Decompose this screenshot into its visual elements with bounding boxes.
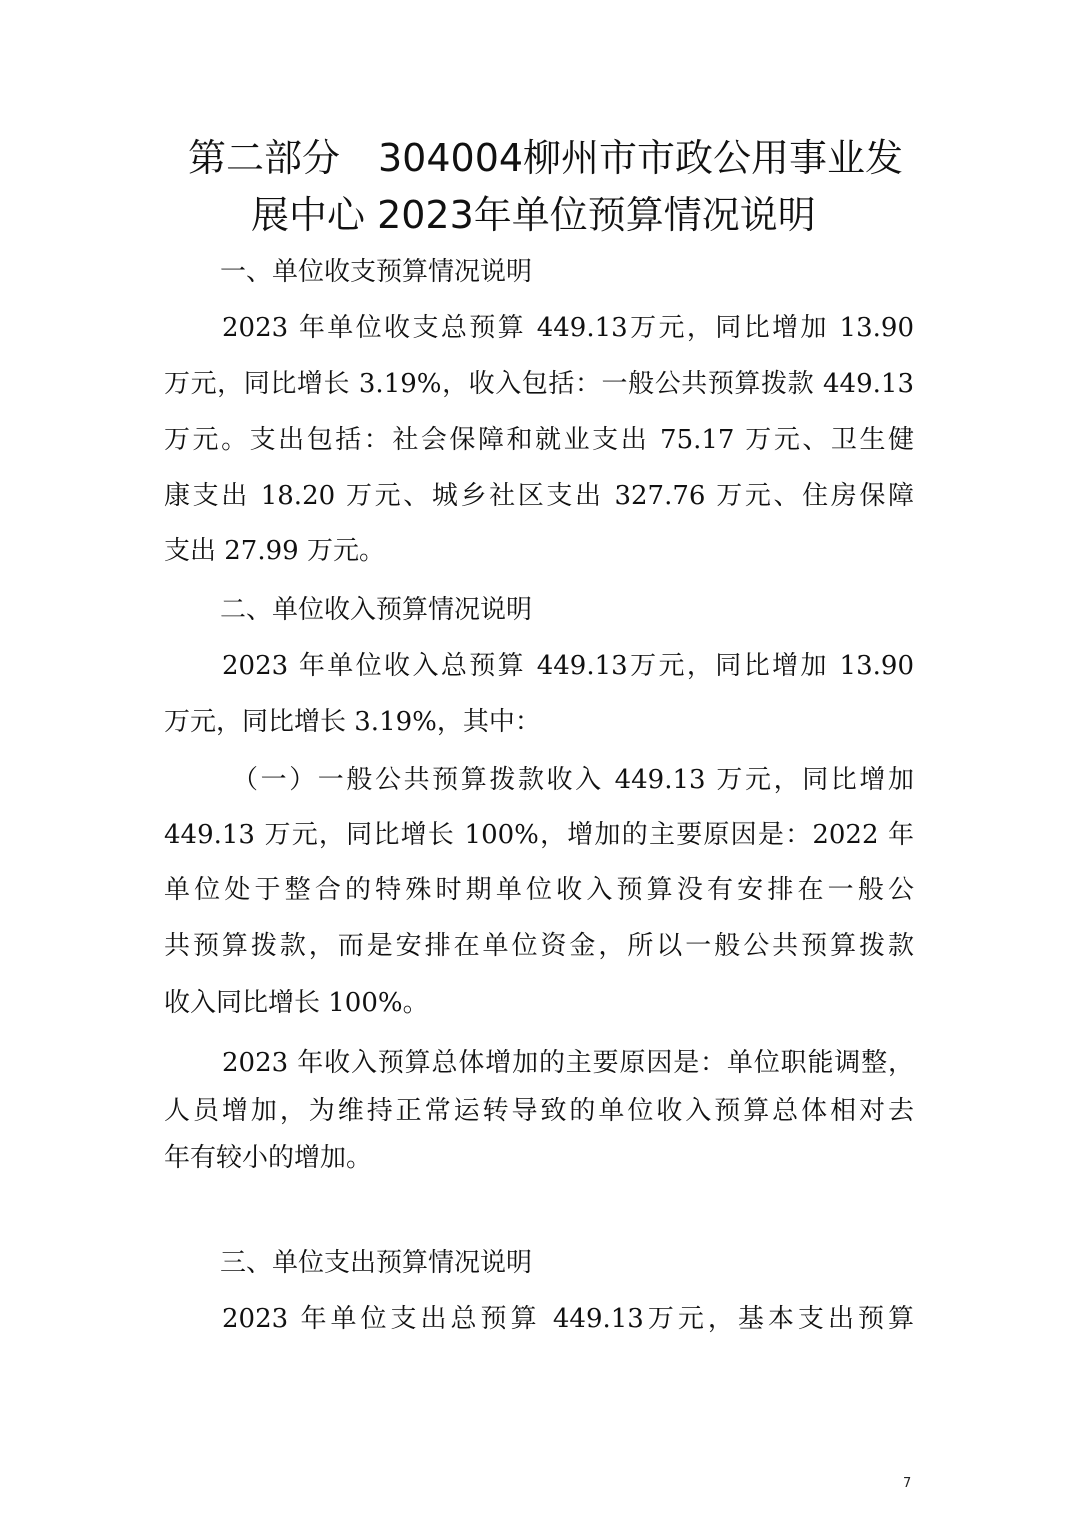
section-3-heading: 三、单位支出预算情况说明 <box>220 1243 532 1283</box>
section-1-heading: 一、单位收支预算情况说明 <box>220 252 532 292</box>
section-2-item-1-line: 449.13 万元，同比增长 100%，增加的主要原因是：2022 年 <box>164 815 914 855</box>
document-page: 第二部分 304004柳州市市政公用事业发 展中心 2023年单位预算情况说明 … <box>0 0 1075 1520</box>
section-2-intro-line: 万元，同比增长 3.19%，其中： <box>164 702 541 742</box>
section-3-paragraph-line: 2023 年单位支出总预算 449.13万元，基本支出预算 <box>222 1299 914 1339</box>
section-2-reason-line: 2023 年收入预算总体增加的主要原因是：单位职能调整， <box>222 1043 914 1083</box>
page-number: 7 <box>903 1476 911 1492</box>
section-2-item-1-line: （一）一般公共预算拨款收入 449.13 万元，同比增加 <box>232 760 914 800</box>
section-2-reason-line: 人员增加，为维持正常运转导致的单位收入预算总体相对去 <box>164 1091 914 1131</box>
section-2-reason-line: 年有较小的增加。 <box>164 1138 372 1178</box>
document-title-line-1: 第二部分 304004柳州市市政公用事业发 <box>188 128 928 188</box>
section-1-paragraph-line: 支出 27.99 万元。 <box>164 531 385 571</box>
section-1-paragraph-line: 康支出 18.20 万元、城乡社区支出 327.76 万元、住房保障 <box>164 476 914 516</box>
section-1-paragraph-line: 2023 年单位收支总预算 449.13万元，同比增加 13.90 <box>222 308 914 348</box>
section-1-paragraph-line: 万元，同比增长 3.19%，收入包括：一般公共预算拨款 449.13 <box>164 364 914 404</box>
section-1-paragraph-line: 万元。支出包括：社会保障和就业支出 75.17 万元、卫生健 <box>164 420 914 460</box>
section-2-heading: 二、单位收入预算情况说明 <box>220 590 532 630</box>
section-2-item-1-line: 单位处于整合的特殊时期单位收入预算没有安排在一般公 <box>164 870 914 910</box>
section-2-item-1-line: 共预算拨款，而是安排在单位资金，所以一般公共预算拨款 <box>164 926 914 966</box>
document-title-line-2: 展中心 2023年单位预算情况说明 <box>251 185 891 245</box>
section-2-intro-line: 2023 年单位收入总预算 449.13万元，同比增加 13.90 <box>222 646 914 686</box>
section-2-item-1-line: 收入同比增长 100%。 <box>164 983 429 1023</box>
